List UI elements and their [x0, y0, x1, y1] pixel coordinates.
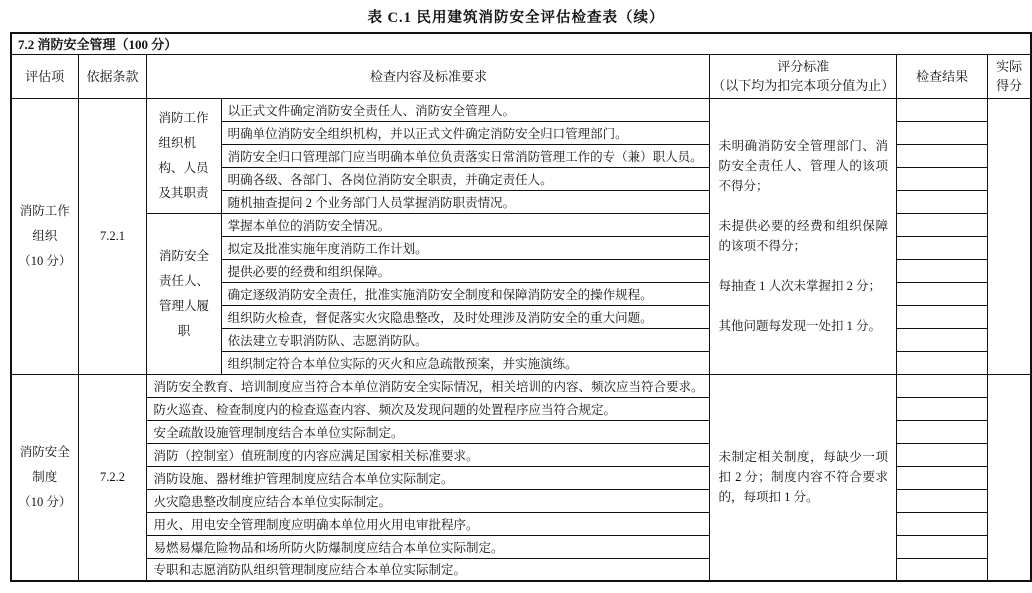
scoring-paragraph: 每抽查 1 人次未掌握扣 2 分； [718, 276, 888, 296]
scoring-standard-cell: 未制定相关制度，每缺少一项扣 2 分；制度内容不符合要求的，每项扣 1 分。 [710, 374, 897, 581]
check-item-cell: 消防安全归口管理部门应当明确本单位负责落实日常消防管理工作的专（兼）职人员。 [221, 144, 710, 167]
check-result-cell [897, 512, 988, 535]
check-result-cell [897, 420, 988, 443]
check-result-cell [897, 282, 988, 305]
check-result-cell [897, 236, 988, 259]
subgroup-label: 消防工作组织机构、人员及其职责 [159, 106, 210, 206]
evaluation-item-line: （10 分） [12, 490, 78, 515]
check-result-cell [897, 98, 988, 121]
check-item-cell: 以正式文件确定消防安全责任人、消防安全管理人。 [221, 98, 710, 121]
actual-score-cell [988, 98, 1031, 374]
check-item-cell: 用火、用电安全管理制度应明确本单位用火用电审批程序。 [147, 512, 710, 535]
check-item-cell: 提供必要的经费和组织保障。 [221, 259, 710, 282]
subgroup-label-cell: 消防工作组织机构、人员及其职责 [147, 98, 221, 213]
col-header-scoring-standard: 评分标准 （以下均为扣完本项分值为止） [710, 54, 897, 98]
check-result-cell [897, 535, 988, 558]
check-item-cell: 防火巡查、检查制度内的检查巡查内容、频次及发现问题的处置程序应当符合规定。 [147, 397, 710, 420]
basis-clause-cell: 7.2.2 [78, 374, 147, 581]
check-item-cell: 专职和志愿消防队组织管理制度应结合本单位实际制定。 [147, 558, 710, 581]
check-result-cell [897, 328, 988, 351]
check-result-cell [897, 167, 988, 190]
checklist-table: 7.2 消防安全管理（100 分） 评估项 依据条款 检查内容及标准要求 评分标… [10, 32, 1032, 582]
scoring-paragraph: 未制定相关制度，每缺少一项扣 2 分；制度内容不符合要求的，每项扣 1 分。 [718, 447, 888, 507]
check-item-cell: 消防设施、器材维护管理制度应结合本单位实际制定。 [147, 466, 710, 489]
check-item-cell: 易燃易爆危险物品和场所防火防爆制度应结合本单位实际制定。 [147, 535, 710, 558]
evaluation-item-line: 组织 [12, 224, 78, 249]
col-header-basis-clause: 依据条款 [78, 54, 147, 98]
check-result-cell [897, 259, 988, 282]
check-result-cell [897, 351, 988, 374]
check-item-cell: 依法建立专职消防队、志愿消防队。 [221, 328, 710, 351]
check-item-cell: 组织防火检查，督促落实火灾隐患整改，及时处理涉及消防安全的重大问题。 [221, 305, 710, 328]
evaluation-item-line: （10 分） [12, 249, 78, 274]
document-title: 表 C.1 民用建筑消防安全评估检查表（续） [0, 0, 1032, 27]
check-result-cell [897, 558, 988, 581]
check-result-cell [897, 443, 988, 466]
check-result-cell [897, 489, 988, 512]
table-row: 消防工作 组织 （10 分） 7.2.1 消防工作组织机构、人员及其职责 以正式… [11, 98, 1031, 121]
evaluation-item-cell: 消防工作 组织 （10 分） [11, 98, 78, 374]
check-item-cell: 确定逐级消防安全责任，批准实施消防安全制度和保障消防安全的操作规程。 [221, 282, 710, 305]
check-result-cell [897, 213, 988, 236]
scoring-header-line1: 评分标准 [710, 57, 896, 76]
scoring-paragraph: 未明确消防安全管理部门、消防安全责任人、管理人的该项不得分； [718, 136, 888, 196]
check-item-cell: 消防安全教育、培训制度应当符合本单位消防安全实际情况，相关培训的内容、频次应当符… [147, 374, 710, 397]
check-item-cell: 安全疏散设施管理制度结合本单位实际制定。 [147, 420, 710, 443]
subgroup-label: 消防安全责任人、管理人履职 [159, 244, 210, 344]
check-result-cell [897, 190, 988, 213]
col-header-evaluation-item: 评估项 [11, 54, 78, 98]
scoring-header-line2: （以下均为扣完本项分值为止） [710, 76, 896, 95]
check-result-cell [897, 466, 988, 489]
basis-clause-cell: 7.2.1 [78, 98, 147, 374]
scoring-standard-cell: 未明确消防安全管理部门、消防安全责任人、管理人的该项不得分； 未提供必要的经费和… [710, 98, 897, 374]
evaluation-item-line: 消防工作 [12, 199, 78, 224]
col-header-check-result: 检查结果 [897, 54, 988, 98]
evaluation-item-cell: 消防安全 制度 （10 分） [11, 374, 78, 581]
subgroup-label-cell: 消防安全责任人、管理人履职 [147, 213, 221, 374]
check-item-cell: 火灾隐患整改制度应结合本单位实际制定。 [147, 489, 710, 512]
check-result-cell [897, 144, 988, 167]
check-item-cell: 拟定及批准实施年度消防工作计划。 [221, 236, 710, 259]
col-header-actual-score: 实际 得分 [988, 54, 1031, 98]
actual-score-cell [988, 374, 1031, 581]
check-item-cell: 组织制定符合本单位实际的灭火和应急疏散预案，并实施演练。 [221, 351, 710, 374]
actual-header-line2: 得分 [988, 76, 1030, 95]
scoring-paragraph: 其他问题每发现一处扣 1 分。 [718, 316, 888, 336]
check-item-cell: 消防（控制室）值班制度的内容应满足国家相关标准要求。 [147, 443, 710, 466]
col-header-check-content: 检查内容及标准要求 [147, 54, 710, 98]
check-result-cell [897, 305, 988, 328]
check-item-cell: 掌握本单位的消防安全情况。 [221, 213, 710, 236]
scoring-paragraph: 未提供必要的经费和组织保障的该项不得分； [718, 216, 888, 256]
evaluation-item-line: 消防安全 [12, 440, 78, 465]
check-result-cell [897, 397, 988, 420]
check-item-cell: 明确各级、各部门、各岗位消防安全职责，并确定责任人。 [221, 167, 710, 190]
section-header: 7.2 消防安全管理（100 分） [11, 33, 1031, 54]
table-row: 消防安全 制度 （10 分） 7.2.2 消防安全教育、培训制度应当符合本单位消… [11, 374, 1031, 397]
check-result-cell [897, 121, 988, 144]
header-row: 评估项 依据条款 检查内容及标准要求 评分标准 （以下均为扣完本项分值为止） 检… [11, 54, 1031, 98]
check-item-cell: 明确单位消防安全组织机构，并以正式文件确定消防安全归口管理部门。 [221, 121, 710, 144]
section-row: 7.2 消防安全管理（100 分） [11, 33, 1031, 54]
evaluation-item-line: 制度 [12, 465, 78, 490]
check-item-cell: 随机抽查提问 2 个业务部门人员掌握消防职责情况。 [221, 190, 710, 213]
actual-header-line1: 实际 [988, 57, 1030, 76]
check-result-cell [897, 374, 988, 397]
